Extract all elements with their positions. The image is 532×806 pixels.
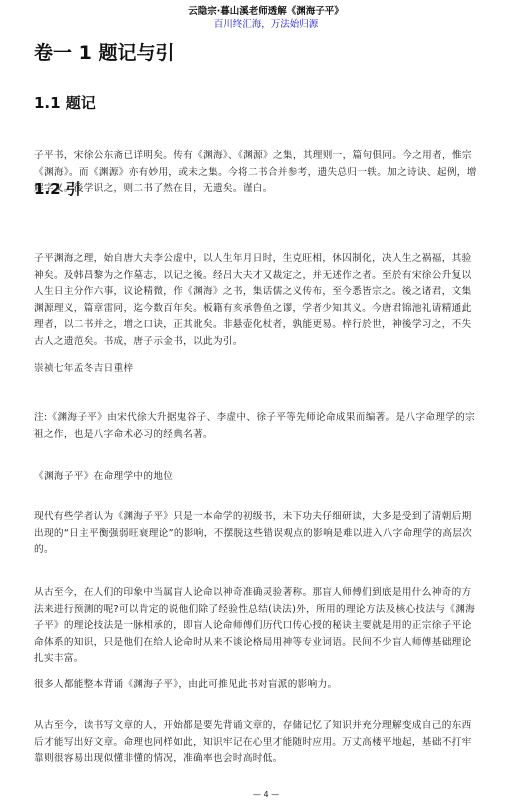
paragraph-intro: 子平渊海之理，始自唐大夫李公虚中，以人生年月日时，生克旺相，休囚制化，决人生之祸…: [34, 251, 480, 351]
section-heading-1-2: 1.2 引: [34, 178, 81, 200]
book-title: 云隐宗·暮山溪老师透解《渊海子平》: [0, 6, 532, 18]
paragraph-recitation: 很多人都能整本背诵《渊海子平》，由此可推见此书对盲派的影响力。: [34, 677, 480, 694]
page-number: — 4 —: [0, 790, 532, 799]
paragraph-date: 崇祯七年孟冬吉日重梓: [34, 361, 480, 378]
paragraph-preface: 子平书，宋徐公东斋已详明矣。传有《渊海》、《渊源》之集，其理则一，篇句俱同。今之…: [34, 148, 480, 198]
paragraph-blind-masters: 从古至今，在人们的印象中当属盲人论命以神奇准确灵验著称。那盲人师傅们到底是用什么…: [34, 585, 480, 668]
page-content: 卷一 1 题记与引 1.1 题记 子平书，宋徐公东斋已详明矣。传有《渊海》、《渊…: [34, 40, 494, 90]
paragraph-status-heading: 《渊海子平》在命理学中的地位: [34, 469, 480, 486]
paragraph-foundation: 从古至今，读书写文章的人，开始都是要先背诵文章的，存储记忆了知识并充分理解变成自…: [34, 718, 480, 768]
paragraph-note: 注:《渊海子平》由宋代徐大升据鬼谷子、李虚中、徐子平等先师论命成果而编著。是八字…: [34, 410, 480, 443]
section-heading-1-1: 1.1 题记: [34, 92, 96, 114]
paragraph-modern-view: 现代有些学者认为《渊海子平》只是一本命学的初级书，未下功夫仔细研读，大多是受到了…: [34, 509, 480, 559]
book-subtitle: 百川终汇海，万法始归源: [0, 19, 532, 31]
chapter-title: 卷一 1 题记与引: [34, 40, 494, 90]
page-header: 云隐宗·暮山溪老师透解《渊海子平》 百川终汇海，万法始归源: [0, 6, 532, 31]
